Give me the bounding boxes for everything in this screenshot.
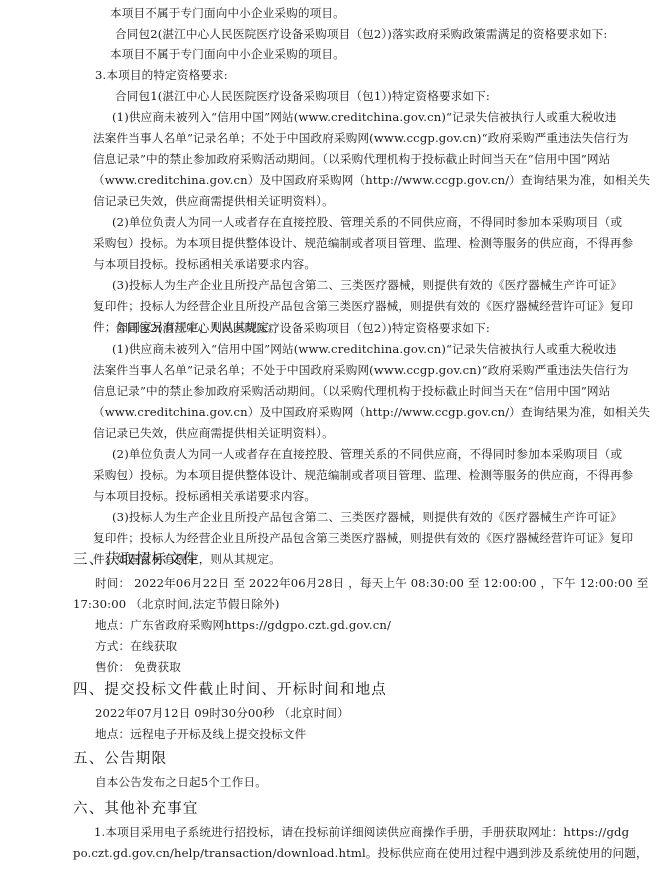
pkg2-req1-line: 信息记录”中的禁止参加政府采购活动期间。（以采购代理机构于投标截止时间当天在“信… <box>93 384 593 398</box>
section3-heading: 三、获取招标文件 <box>73 551 199 569</box>
pkg1-req1-line: 信息记录”中的禁止参加政府采购活动期间。（以采购代理机构于投标截止时间当天在“信… <box>93 152 593 166</box>
pkg2-req1-line: 法案件当事人名单”记录名单；不处于中国政府采购网(www.ccgp.gov.cn… <box>93 363 593 377</box>
pkg2-req2-line: (2)单位负责人为同一人或者存在直接控股、管理关系的不同供应商，不得同时参加本采… <box>112 447 593 461</box>
pkg1-req1-line: 信记录已失效，供应商需提供相关证明资料）。 <box>93 194 334 208</box>
section3-location: 地点：广东省政府采购网https://gdgpo.czt.gd.gov.cn/ <box>95 618 391 632</box>
section3-time-line2: 17:30:00 （北京时间,法定节假日除外) <box>73 597 280 611</box>
pkg2-req1-line: 信记录已失效，供应商需提供相关证明资料）。 <box>93 426 334 440</box>
section3-price: 售价： 免费获取 <box>95 660 181 674</box>
pkg2-req1-line: （www.creditchina.gov.cn）及中国政府采购网（http://… <box>93 405 593 419</box>
special-requirements-title: 3.本项目的特定资格要求: <box>95 68 228 82</box>
pkg1-req1-line: 法案件当事人名单”记录名单；不处于中国政府采购网(www.ccgp.gov.cn… <box>93 131 593 145</box>
pkg1-req2-line: 采购包）投标。为本项目提供整体设计、规范编制或者项目管理、监理、检测等服务的供应… <box>93 236 593 250</box>
section4-heading: 四、提交投标文件截止时间、开标时间和地点 <box>73 681 387 699</box>
section4-deadline: 2022年07月12日 09时30分00秒 （北京时间） <box>95 706 349 720</box>
pkg1-req3-line: 复印件；投标人为经营企业且所投产品包含第三类医疗器械，则提供有效的《医疗器械经营… <box>93 299 593 313</box>
pkg1-req2-line: 与本项目投标。投标函相关承诺要求内容。 <box>93 257 316 271</box>
pkg2-requirements-intro: 合同包2(湛江中心人民医院医疗设备采购项目（包2）)特定资格要求如下: <box>115 321 490 335</box>
pkg2-req2-line: 与本项目投标。投标函相关承诺要求内容。 <box>93 489 316 503</box>
section3-method: 方式：在线获取 <box>95 639 177 653</box>
pkg1-req1-line: (1)供应商未被列入“信用中国”网站(www.creditchina.gov.c… <box>112 110 593 124</box>
pkg2-req3-line: 复印件；投标人为经营企业且所投产品包含第三类医疗器械，则提供有效的《医疗器械经营… <box>93 531 593 545</box>
section5-text: 自本公告发布之日起5个工作日。 <box>95 775 267 789</box>
section3-time-line1: 时间： 2022年06月22日 至 2022年06月28日 ，每天上午 08:3… <box>95 576 593 590</box>
pkg2-sme-result: 本项目不属于专门面向中小企业采购的项目。 <box>110 47 345 61</box>
pkg1-requirements-intro: 合同包1(湛江中心人民医院医疗设备采购项目（包1）)特定资格要求如下: <box>115 89 490 103</box>
pkg1-req2-line: (2)单位负责人为同一人或者存在直接控股、管理关系的不同供应商，不得同时参加本采… <box>112 215 593 229</box>
document-page: 本项目不属于专门面向中小企业采购的项目。 合同包2(湛江中心人民医院医疗设备采购… <box>0 0 662 876</box>
pkg1-sme-result: 本项目不属于专门面向中小企业采购的项目。 <box>110 6 345 20</box>
pkg2-req1-line: (1)供应商未被列入“信用中国”网站(www.creditchina.gov.c… <box>112 342 593 356</box>
pkg2-req3-line: (3)投标人为生产企业且所投产品包含第二、三类医疗器械，则提供有效的《医疗器械生… <box>112 510 593 524</box>
section6-item1-line2: po.czt.gd.gov.cn/help/transaction/downlo… <box>73 846 648 860</box>
pkg1-req3-line: (3)投标人为生产企业且所投产品包含第二、三类医疗器械，则提供有效的《医疗器械生… <box>112 278 593 292</box>
pkg1-req1-line: （www.creditchina.gov.cn）及中国政府采购网（http://… <box>93 173 593 187</box>
section5-heading: 五、公告期限 <box>73 750 167 768</box>
pkg2-req2-line: 采购包）投标。为本项目提供整体设计、规范编制或者项目管理、监理、检测等服务的供应… <box>93 468 593 482</box>
pkg2-policy-intro: 合同包2(湛江中心人民医院医疗设备采购项目（包2）)落实政府采购政策需满足的资格… <box>115 27 607 41</box>
section6-heading: 六、其他补充事宜 <box>73 800 199 818</box>
section4-location: 地点：远程电子开标及线上提交投标文件 <box>95 727 306 741</box>
section6-item1-line1: 1.本项目采用电子系统进行招投标，请在投标前详细阅读供应商操作手册，手册获取网址… <box>94 825 593 839</box>
